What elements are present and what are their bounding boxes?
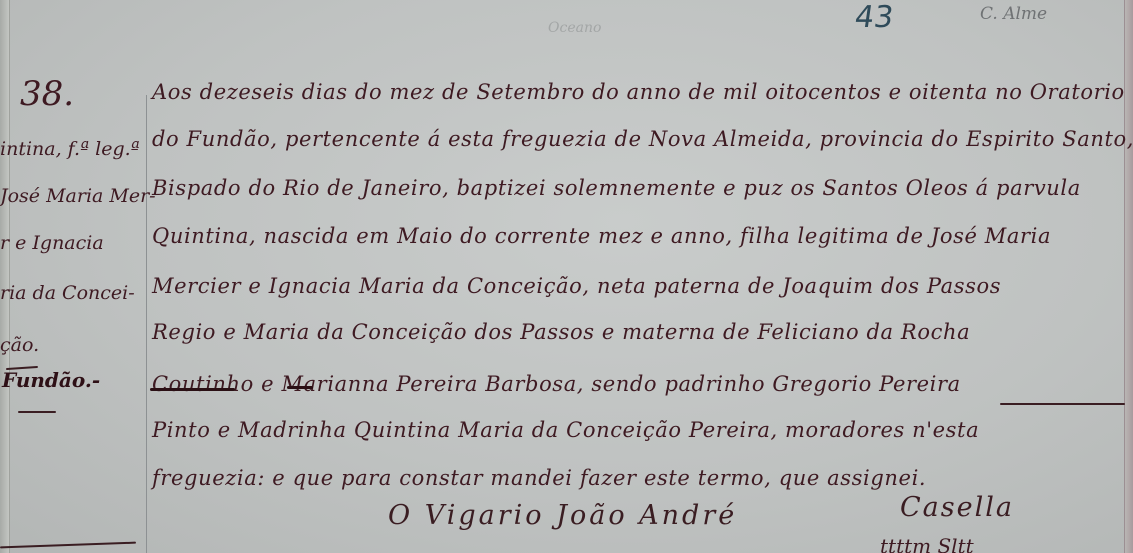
- record-line: Regio e Maria da Conceição dos Passos e …: [152, 320, 970, 344]
- record-line: Bispado do Rio de Janeiro, baptizei sole…: [152, 176, 1081, 200]
- page-right-edge: [1124, 0, 1133, 553]
- entry-separator-rule: [0, 542, 136, 549]
- strikethrough-mark: [287, 386, 313, 389]
- entry-number: 38.: [20, 74, 74, 114]
- next-entry-fragment: ttttm Sltt: [880, 534, 974, 553]
- margin-note-line: intina, f.ª leg.ª: [0, 138, 140, 160]
- record-line: Coutinho e Marianna Pereira Barbosa, sen…: [152, 372, 961, 396]
- register-page: Oceano 43 C. Alme 38. intina, f.ª leg.ª …: [0, 0, 1133, 553]
- margin-place-name: Fundão.-: [2, 368, 100, 392]
- record-line: Pinto e Madrinha Quintina Maria da Conce…: [152, 418, 979, 442]
- page-binding-edge: [0, 0, 10, 553]
- strikethrough-mark: [150, 388, 235, 391]
- signature-surname: Casella: [900, 492, 1014, 523]
- margin-note-line: José Maria Mer-: [0, 185, 156, 207]
- signature-vicar: O Vigario João André: [388, 500, 737, 531]
- margin-note-line: ria da Concei-: [0, 282, 135, 304]
- faint-stamp-text: Oceano: [548, 20, 601, 36]
- record-line: Aos dezeseis dias do mez de Setembro do …: [152, 80, 1125, 104]
- page-number: 43: [853, 0, 896, 35]
- pencil-corner-note: C. Alme: [980, 4, 1047, 24]
- record-line: do Fundão, pertencente á esta freguezia …: [152, 127, 1133, 151]
- record-line: Mercier e Ignacia Maria da Conceição, ne…: [152, 274, 1001, 298]
- record-line: freguezia: e que para constar mandei faz…: [152, 466, 926, 490]
- record-line: Quintina, nascida em Maio do corrente me…: [152, 224, 1051, 248]
- margin-rule-line: [146, 95, 147, 553]
- margin-underline: [18, 411, 56, 413]
- margin-note-line: r e Ignacia: [0, 232, 104, 254]
- line-fill-rule: [1000, 403, 1125, 405]
- margin-note-line: ção.: [0, 334, 39, 356]
